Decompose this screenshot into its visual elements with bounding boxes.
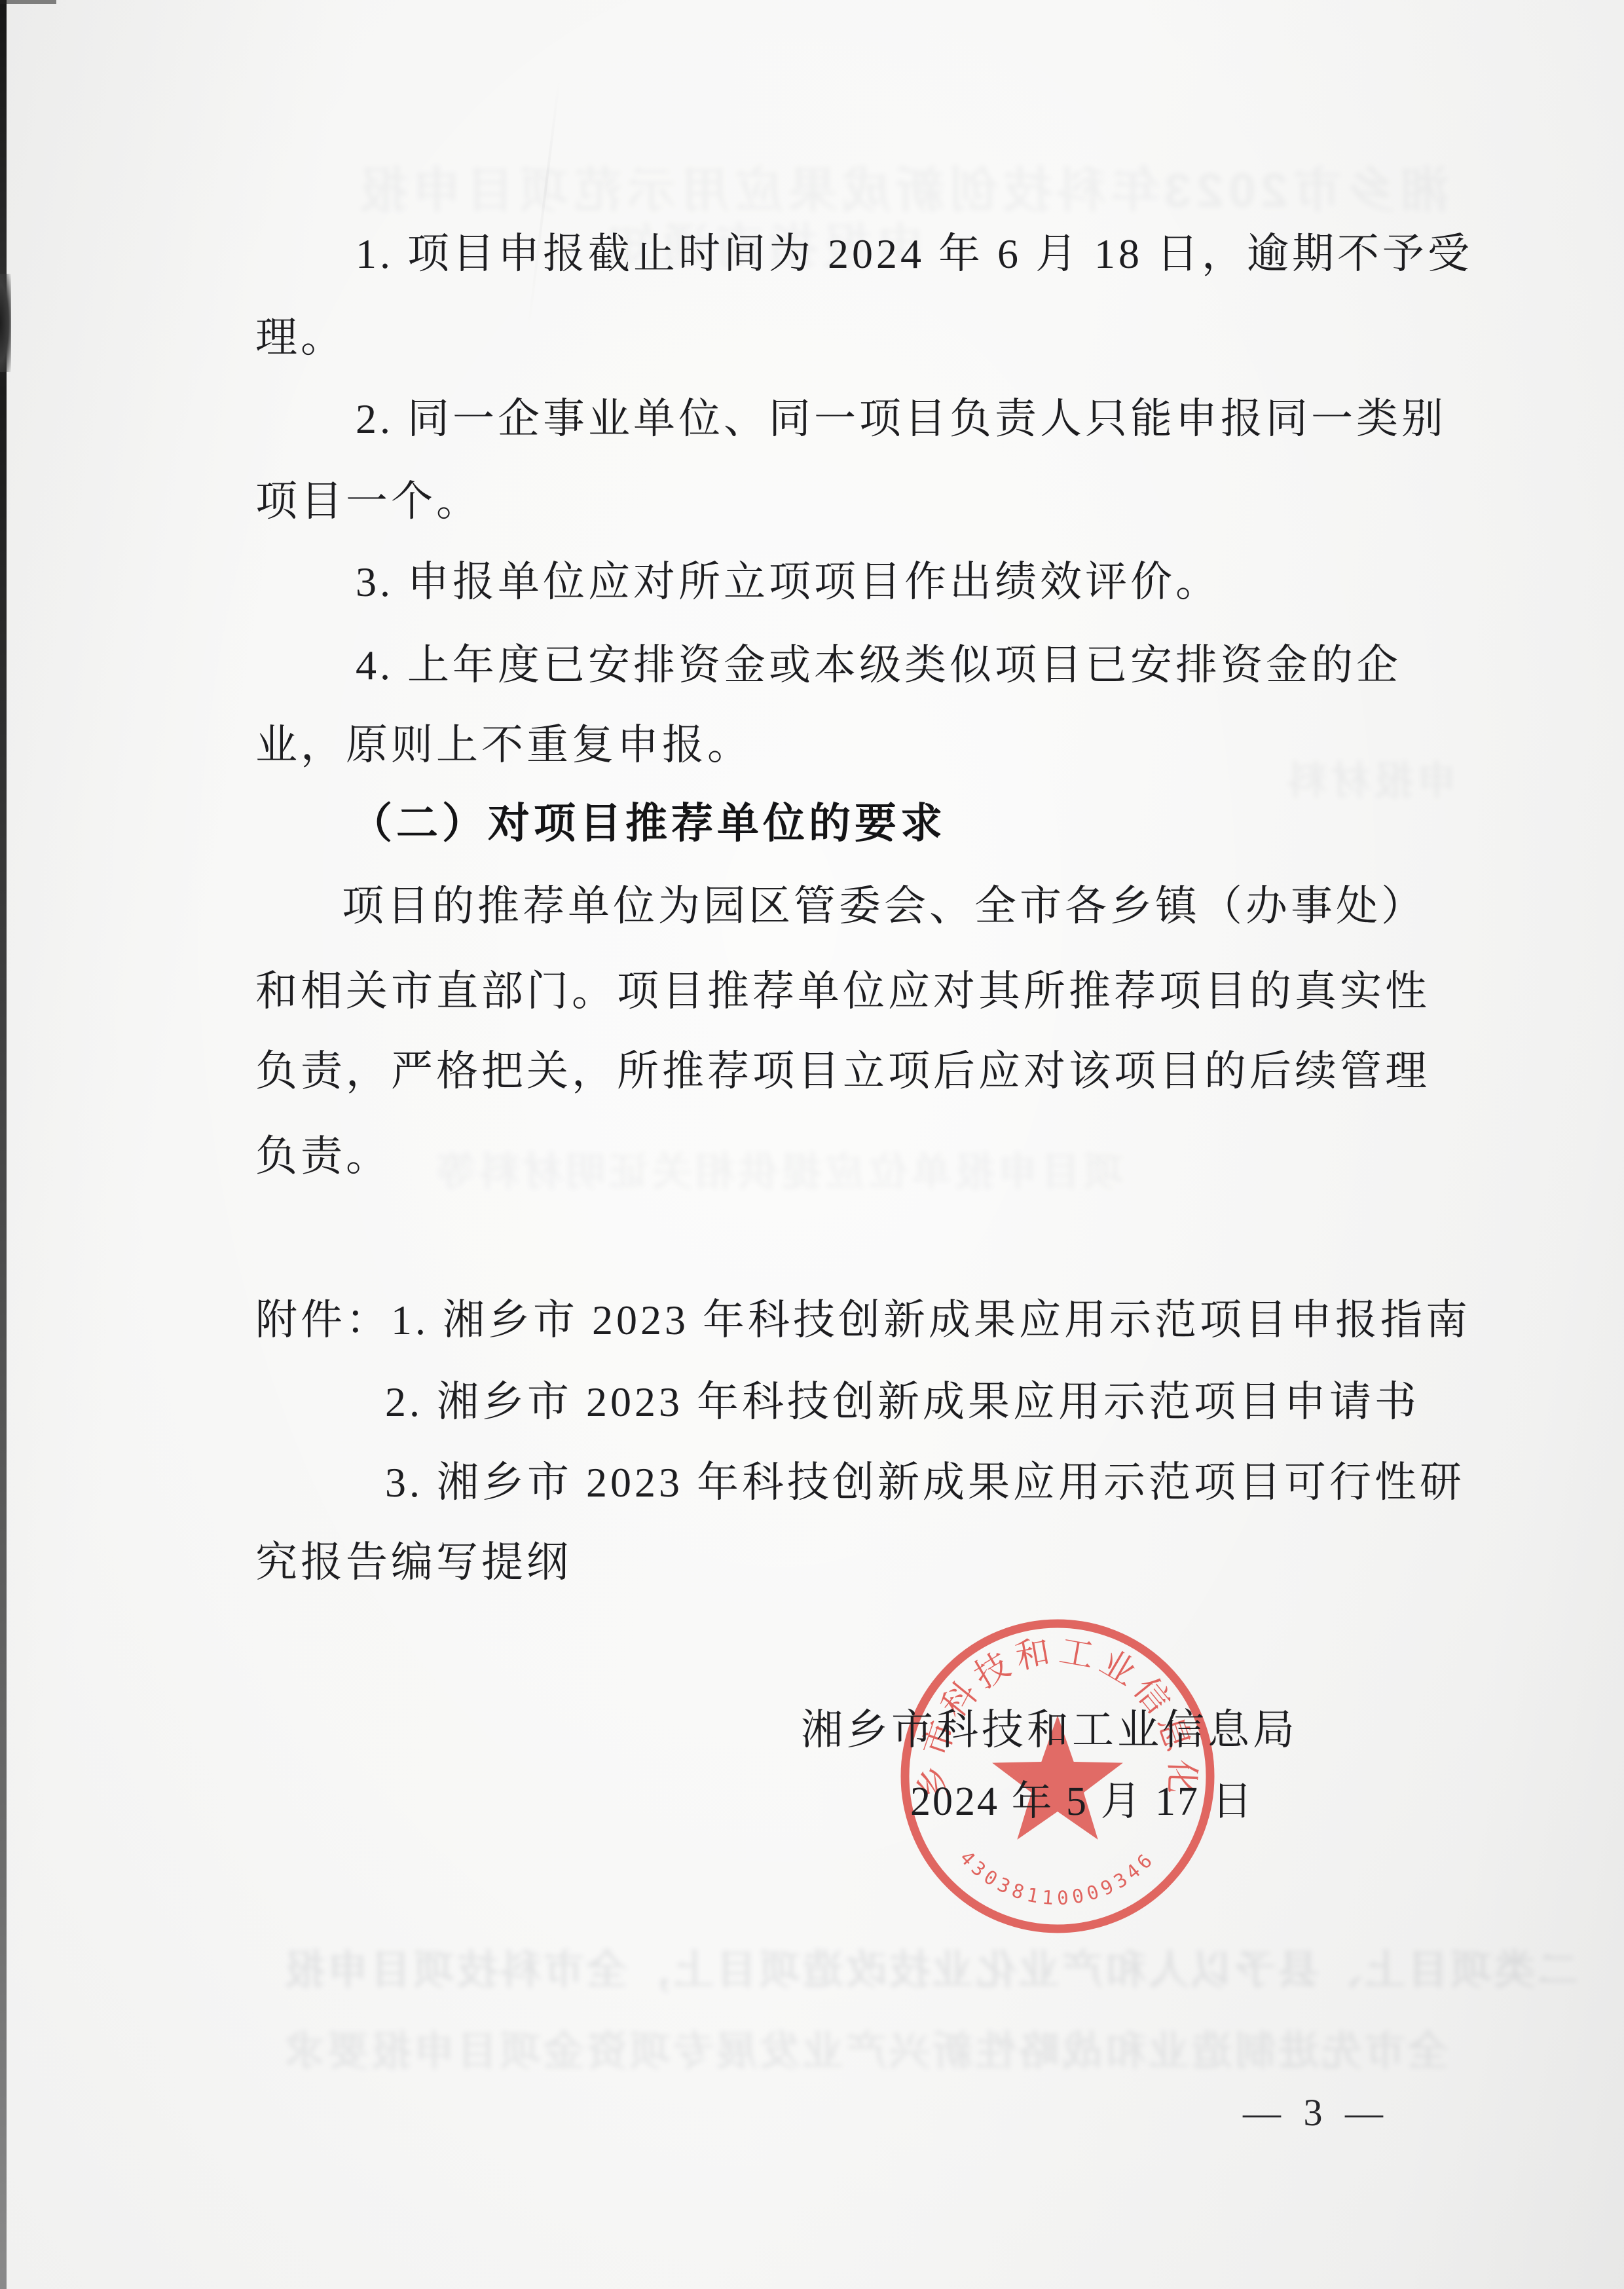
- body-line-9: 项目的推荐单位为园区管委会、全市各乡镇（办事处）: [342, 883, 1426, 930]
- bleed-through-text: 全市先进制造业和战略性新兴产业发展专项资金项目申报要求: [282, 2019, 1449, 2077]
- body-line-12: 负责。: [255, 1133, 391, 1180]
- signature-date: 2024 年 5 月 17 日: [910, 1768, 1255, 1827]
- signature-org: 湘乡市科技和工业信息局: [801, 1696, 1298, 1757]
- attachments-label: 附件：: [255, 1297, 391, 1343]
- bleed-through-text: 申报材料: [1283, 750, 1456, 806]
- body-line-6: 4. 上年度已安排资金或本级类似项目已安排资金的企: [356, 642, 1401, 689]
- attachment-item-1: 1. 湘乡市 2023 年科技创新成果应用示范项目申报指南: [391, 1297, 1471, 1343]
- seal-serial-number: 43038110009346: [955, 1846, 1160, 1909]
- body-line-2: 理。: [255, 314, 346, 362]
- body-line-10: 和相关市直部门。项目推荐单位应对其所推荐项目的真实性: [255, 968, 1430, 1015]
- body-line-3: 2. 同一企事业单位、同一项目负责人只能申报同一类别: [356, 396, 1447, 443]
- bleed-through-text: 项目申报单位应提供相关证明材料等: [432, 1141, 1124, 1197]
- scanner-edge-smudge: [0, 274, 11, 372]
- scanned-document-page: 湘乡市2023年科技创新成果应用示范项目申报 申报指南通知 申报材料 项目申报单…: [0, 0, 1624, 2289]
- page-number: — 3 —: [1243, 2091, 1390, 2134]
- body-line-4: 项目一个。: [255, 478, 481, 525]
- attachment-item-3: 3. 湘乡市 2023 年科技创新成果应用示范项目可行性研: [385, 1459, 1465, 1506]
- body-line-7: 业，原则上不重复申报。: [255, 722, 752, 769]
- body-line-1: 1. 项目申报截止时间为 2024 年 6 月 18 日，逾期不予受: [356, 231, 1473, 278]
- bleed-through-text: 二类项目上、县予以人和产业化业技改造项目上，全市科技项目申报: [282, 1937, 1578, 1996]
- section-heading: （二）对项目推荐单位的要求: [350, 800, 946, 847]
- attachment-item-2: 2. 湘乡市 2023 年科技创新成果应用示范项目申请书: [385, 1379, 1420, 1426]
- attachment-continuation: 究报告编写提纲: [255, 1539, 572, 1586]
- body-line-11: 负责，严格把关，所推荐项目立项后应对该项目的后续管理: [255, 1048, 1430, 1095]
- body-line-5: 3. 申报单位应对所立项项目作出绩效评价。: [356, 559, 1221, 606]
- scanner-edge-corner: [0, 0, 56, 4]
- attachments-line-1: 附件：1. 湘乡市 2023 年科技创新成果应用示范项目申报指南: [255, 1297, 1471, 1344]
